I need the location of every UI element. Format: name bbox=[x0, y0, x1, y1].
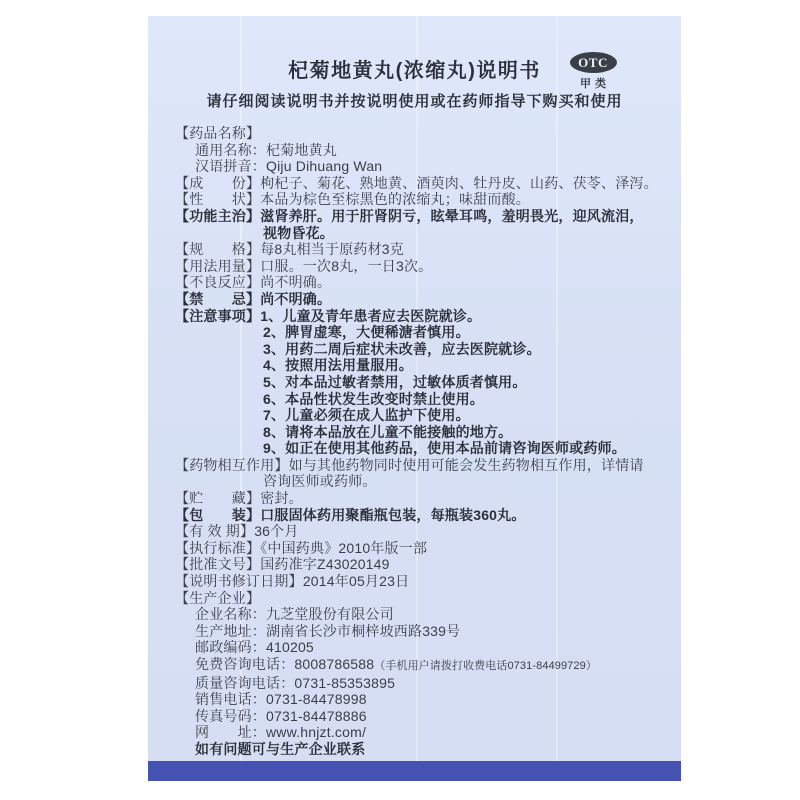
entry-label: 【性 状】 bbox=[175, 191, 260, 207]
leaflet-line: 邮政编码：410205 bbox=[175, 639, 665, 656]
entry-text: 咨询医师或药师。 bbox=[263, 473, 377, 489]
leaflet-entry: 【规 格】每8丸相当于原药材3克 bbox=[175, 241, 665, 258]
leaflet-entry: 【禁 忌】尚不明确。 bbox=[175, 291, 665, 308]
bottom-band bbox=[148, 761, 681, 781]
entry-text: 6、本品性状发生改变时禁止使用。 bbox=[263, 391, 484, 407]
leaflet-entry: 【执行标准】《中国药典》2010年版一部 bbox=[175, 540, 665, 557]
entry-label: 【药物相互作用】 bbox=[175, 457, 289, 473]
leaflet-entry: 【功能主治】滋肾养肝。用于肝肾阴亏，眩晕耳鸣，羞明畏光，迎风流泪， bbox=[175, 208, 665, 225]
leaflet-line: 汉语拼音：Qiju Dihuang Wan bbox=[175, 158, 665, 175]
entry-text: 通用名称：杞菊地黄丸 bbox=[195, 142, 337, 158]
leaflet-line: 网 址：www.hnjzt.com/ bbox=[175, 724, 665, 741]
leaflet-entry: 【有 效 期】36个月 bbox=[175, 523, 665, 540]
entry-text: 口服固体药用聚酯瓶包装，每瓶装360丸。 bbox=[260, 507, 525, 523]
entry-text: 每8丸相当于原药材3克 bbox=[260, 241, 404, 257]
leaflet-entry: 【不良反应】尚不明确。 bbox=[175, 274, 665, 291]
entry-label: 【成 份】 bbox=[175, 175, 260, 191]
entry-text: 口服。一次8丸，一日3次。 bbox=[260, 258, 432, 274]
entry-text: 5、对本品过敏者禁用，过敏体质者慎用。 bbox=[263, 374, 527, 390]
leaflet-entry: 【药品名称】 bbox=[175, 125, 665, 142]
leaflet-line: 视物昏花。 bbox=[175, 225, 665, 242]
entry-text: 汉语拼音：Qiju Dihuang Wan bbox=[195, 158, 382, 174]
leaflet-entry: 【贮 藏】密封。 bbox=[175, 490, 665, 507]
entry-text: 7、儿童必须在成人监护下使用。 bbox=[263, 407, 470, 423]
leaflet-line: 企业名称：九芝堂股份有限公司 bbox=[175, 606, 665, 623]
entry-text: 如与其他药物同时使用可能会发生药物相互作用，详情请 bbox=[289, 457, 644, 473]
entry-text: 《中国药典》2010年版一部 bbox=[260, 540, 427, 556]
leaflet-entry: 【批准文号】国药准字Z43020149 bbox=[175, 556, 665, 573]
leaflet-line: 6、本品性状发生改变时禁止使用。 bbox=[175, 391, 665, 408]
entry-text: 如有问题可与生产企业联系 bbox=[195, 741, 365, 757]
entry-text: 2014年05月23日 bbox=[303, 573, 410, 589]
leaflet-line: 免费咨询电话：8008786588（手机用户请拨打收费电话0731-844997… bbox=[175, 656, 665, 675]
entry-text: 3、用药二周后症状未改善，应去医院就诊。 bbox=[263, 341, 541, 357]
entry-text: 国药准字Z43020149 bbox=[260, 556, 389, 572]
entry-text: 4、按照用法用量服用。 bbox=[263, 357, 413, 373]
entry-text: 枸杞子、菊花、熟地黄、酒萸肉、牡丹皮、山药、茯苓、泽泻。 bbox=[260, 175, 658, 191]
entry-label: 【功能主治】 bbox=[175, 208, 260, 224]
leaflet-line: 生产地址：湖南省长沙市桐梓坡西路339号 bbox=[175, 623, 665, 640]
leaflet-entry: 【成 份】枸杞子、菊花、熟地黄、酒萸肉、牡丹皮、山药、茯苓、泽泻。 bbox=[175, 175, 665, 192]
entry-text: 1、儿童及青年患者应去医院就诊。 bbox=[260, 308, 481, 324]
entry-text: 传真号码：0731-84478886 bbox=[195, 708, 367, 724]
leaflet-line: 质量咨询电话：0731-85353895 bbox=[175, 675, 665, 692]
entry-text: 本品为棕色至棕黑色的浓缩丸；味甜而酸。 bbox=[260, 191, 530, 207]
entry-label: 【执行标准】 bbox=[175, 540, 260, 556]
leaflet-entry: 【性 状】本品为棕色至棕黑色的浓缩丸；味甜而酸。 bbox=[175, 191, 665, 208]
leaflet-line: 咨询医师或药师。 bbox=[175, 473, 665, 490]
entry-text: 企业名称：九芝堂股份有限公司 bbox=[195, 606, 394, 622]
entry-text: 36个月 bbox=[254, 523, 298, 539]
entry-text: 尚不明确。 bbox=[260, 274, 331, 290]
entry-note: （手机用户请拨打收费电话0731-84499729） bbox=[374, 660, 597, 672]
leaflet-line: 通用名称：杞菊地黄丸 bbox=[175, 142, 665, 159]
leaflet-entry: 【药物相互作用】如与其他药物同时使用可能会发生药物相互作用，详情请 bbox=[175, 457, 665, 474]
entry-label: 【不良反应】 bbox=[175, 274, 260, 290]
entry-label: 【用法用量】 bbox=[175, 258, 260, 274]
leaflet-body: 【药品名称】通用名称：杞菊地黄丸汉语拼音：Qiju Dihuang Wan【成 … bbox=[175, 125, 665, 758]
screenshot-canvas: { "colors": { "paper": "#d7e0f4", "paper… bbox=[0, 0, 800, 800]
entry-label: 【说明书修订日期】 bbox=[175, 573, 303, 589]
leaflet-line: 7、儿童必须在成人监护下使用。 bbox=[175, 407, 665, 424]
entry-text: 免费咨询电话：8008786588 bbox=[195, 656, 374, 672]
leaflet-line: 2、脾胃虚寒，大便稀溏者慎用。 bbox=[175, 324, 665, 341]
entry-text: 8、请将本品放在儿童不能接触的地方。 bbox=[263, 424, 512, 440]
leaflet-subtitle: 请仔细阅读说明书并按说明使用或在药师指导下购买和使用 bbox=[148, 93, 681, 111]
leaflet-entry: 【注意事项】1、儿童及青年患者应去医院就诊。 bbox=[175, 308, 665, 325]
entry-text: 销售电话：0731-84478998 bbox=[195, 691, 367, 707]
entry-text: 邮政编码：410205 bbox=[195, 639, 314, 655]
leaflet-line: 5、对本品过敏者禁用，过敏体质者慎用。 bbox=[175, 374, 665, 391]
entry-text: 滋肾养肝。用于肝肾阴亏，眩晕耳鸣，羞明畏光，迎风流泪， bbox=[260, 208, 643, 224]
otc-class-label: 甲类 bbox=[567, 75, 619, 91]
entry-label: 【贮 藏】 bbox=[175, 490, 260, 506]
leaflet-line: 8、请将本品放在儿童不能接触的地方。 bbox=[175, 424, 665, 441]
otc-icon: OTC bbox=[570, 52, 617, 73]
entry-text: 生产地址：湖南省长沙市桐梓坡西路339号 bbox=[195, 623, 460, 639]
entry-text: 9、如正在使用其他药品，使用本品前请咨询医师或药师。 bbox=[263, 440, 626, 456]
leaflet-line: 如有问题可与生产企业联系 bbox=[175, 741, 665, 758]
entry-text: 质量咨询电话：0731-85353895 bbox=[195, 675, 395, 691]
entry-text: 密封。 bbox=[260, 490, 303, 506]
entry-label: 【规 格】 bbox=[175, 241, 260, 257]
entry-label: 【批准文号】 bbox=[175, 556, 260, 572]
leaflet-line: 销售电话：0731-84478998 bbox=[175, 691, 665, 708]
entry-text: 网 址：www.hnjzt.com/ bbox=[195, 724, 366, 740]
leaflet-line: 9、如正在使用其他药品，使用本品前请咨询医师或药师。 bbox=[175, 440, 665, 457]
leaflet-entry: 【说明书修订日期】2014年05月23日 bbox=[175, 573, 665, 590]
leaflet-entry: 【包 装】口服固体药用聚酯瓶包装，每瓶装360丸。 bbox=[175, 507, 665, 524]
entry-label: 【生产企业】 bbox=[175, 590, 260, 606]
otc-badge: OTC 甲类 bbox=[567, 52, 619, 91]
entry-text: 视物昏花。 bbox=[263, 225, 334, 241]
entry-text: 2、脾胃虚寒，大便稀溏者慎用。 bbox=[263, 324, 470, 340]
entry-text: 尚不明确。 bbox=[260, 291, 331, 307]
entry-label: 【药品名称】 bbox=[175, 125, 260, 141]
entry-label: 【注意事项】 bbox=[175, 308, 260, 324]
leaflet-entry: 【用法用量】口服。一次8丸，一日3次。 bbox=[175, 258, 665, 275]
entry-label: 【有 效 期】 bbox=[175, 523, 254, 539]
leaflet-paper: OTC 甲类 杞菊地黄丸(浓缩丸)说明书 请仔细阅读说明书并按说明使用或在药师指… bbox=[148, 16, 681, 781]
leaflet-entry: 【生产企业】 bbox=[175, 590, 665, 607]
leaflet-line: 4、按照用法用量服用。 bbox=[175, 357, 665, 374]
leaflet-line: 3、用药二周后症状未改善，应去医院就诊。 bbox=[175, 341, 665, 358]
entry-label: 【禁 忌】 bbox=[175, 291, 260, 307]
entry-label: 【包 装】 bbox=[175, 507, 260, 523]
leaflet-line: 传真号码：0731-84478886 bbox=[175, 708, 665, 725]
